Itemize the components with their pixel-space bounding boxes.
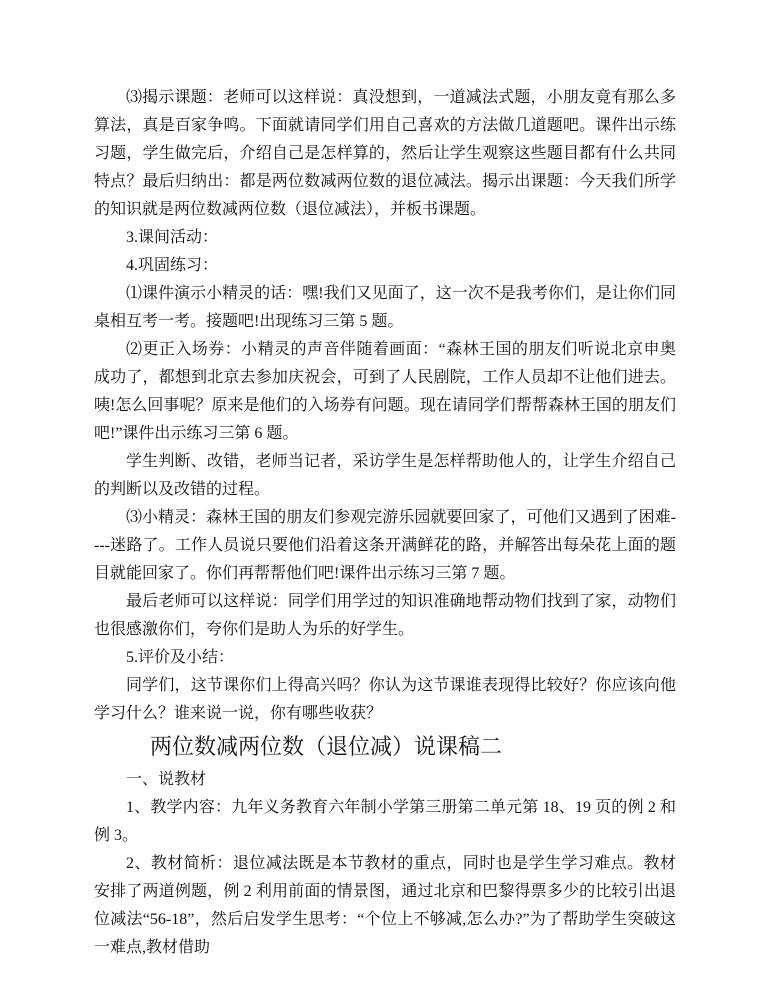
section-heading: 两位数减两位数（退位减）说课稿二 <box>94 728 676 766</box>
document-content: ⑶揭示课题：老师可以这样说：真没想到，一道减法式题，小朋友竟有那么多算法，真是百… <box>94 84 676 962</box>
paragraph-teaching-material: 一、说教材 <box>94 766 676 794</box>
paragraph-courseware-elf: ⑴课件演示小精灵的话：嘿!我们又见面了，这一次不是我考你们，是让你们同桌相互考一… <box>94 280 676 336</box>
paragraph-teaching-content: 1、教学内容：九年义务教育六年制小学第三册第二单元第 18、19 页的例 2 和… <box>94 794 676 850</box>
paragraph-elf-way-home: ⑶小精灵：森林王国的朋友们参观完游乐园就要回家了，可他们又遇到了困难----迷路… <box>94 504 676 588</box>
paragraph-student-judging: 学生判断、改错，老师当记者，采访学生是怎样帮助他人的，让学生介绍自己的判断以及改… <box>94 448 676 504</box>
paragraph-consolidation-practice: 4.巩固练习： <box>94 252 676 280</box>
paragraph-reflection-questions: 同学们，这节课你们上得高兴吗？你认为这节课谁表现得比较好？你应该向他学习什么？谁… <box>94 672 676 728</box>
paragraph-evaluation-summary: 5.评价及小结： <box>94 644 676 672</box>
paragraph-reveal-topic: ⑶揭示课题：老师可以这样说：真没想到，一道减法式题，小朋友竟有那么多算法，真是百… <box>94 84 676 224</box>
document-page: ⑶揭示课题：老师可以这样说：真没想到，一道减法式题，小朋友竟有那么多算法，真是百… <box>0 0 770 1000</box>
paragraph-teacher-closing: 最后老师可以这样说：同学们用学过的知识准确地帮动物们找到了家，动物们也很感激你们… <box>94 588 676 644</box>
paragraph-class-activity: 3.课间活动： <box>94 224 676 252</box>
paragraph-correct-tickets: ⑵更正入场券：小精灵的声音伴随着画面：“森林王国的朋友们听说北京申奥成功了，都想… <box>94 336 676 448</box>
paragraph-material-analysis: 2、教材简析：退位减法既是本节教材的重点，同时也是学生学习难点。教材安排了两道例… <box>94 850 676 962</box>
